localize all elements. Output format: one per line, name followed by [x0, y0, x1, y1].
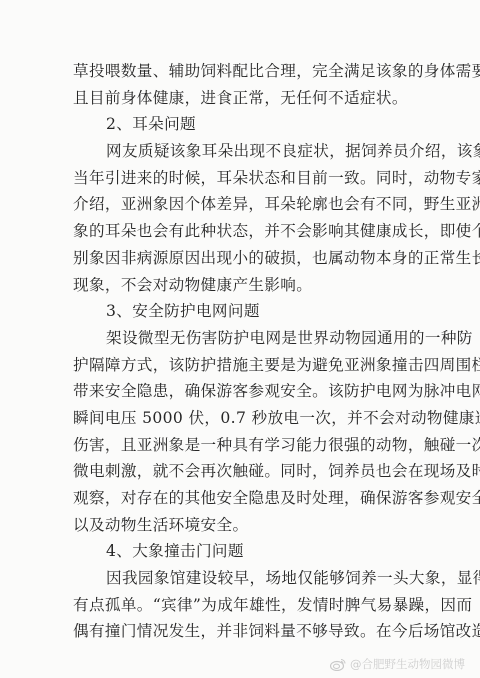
text-line: 现象，不会对动物健康产生影响。 — [73, 272, 411, 299]
text-line: 介绍，亚洲象因个体差异，耳朵轮廓也会有不同，野生亚洲 — [73, 191, 411, 218]
weibo-icon — [330, 658, 346, 671]
text-line: 带来安全隐患，确保游客参观安全。该防护电网为脉冲电网， — [73, 378, 411, 405]
text-line: 瞬间电压 5000 伏，0.7 秒放电一次，并不会对动物健康造成 — [73, 405, 411, 432]
text-line: 观察，对存在的其他安全隐患及时处理，确保游客参观安全 — [73, 485, 411, 512]
text-line: 草投喂数量、辅助饲料配比合理，完全满足该象的身体需要， — [73, 58, 411, 85]
section-heading-ears: 2、耳朵问题 — [73, 111, 411, 138]
text-line: 且目前身体健康，进食正常，无任何不适症状。 — [73, 85, 411, 112]
text-line: 护隔障方式，该防护措施主要是为避免亚洲象撞击四周围栏 — [73, 352, 411, 379]
text-line: 有点孤单。“宾律”为成年雄性，发情时脾气易暴躁，因而 — [73, 592, 411, 619]
weibo-watermark: @合肥野生动物园微博 — [330, 656, 465, 672]
section-heading-door-hitting: 4、大象撞击门问题 — [73, 538, 411, 565]
text-line: 象的耳朵也会有此种状态，并不会影响其健康成长，即使个 — [73, 218, 411, 245]
text-line: 因我园象馆建设较早，场地仅能够饲养一头大象，显得 — [73, 565, 411, 592]
text-line: 别象因非病源原因出现小的破损，也属动物本身的正常生长 — [73, 245, 411, 272]
text-line: 以及动物生活环境安全。 — [73, 512, 411, 539]
section-heading-electric-fence: 3、安全防护电网问题 — [73, 298, 411, 325]
text-line: 网友质疑该象耳朵出现不良症状，据饲养员介绍，该象 — [73, 138, 411, 165]
text-line: 伤害，且亚洲象是一种具有学习能力很强的动物，触碰一次 — [73, 432, 411, 459]
document-page: 草投喂数量、辅助饲料配比合理，完全满足该象的身体需要， 且目前身体健康，进食正常… — [73, 58, 411, 645]
text-line: 微电刺激，就不会再次触碰。同时，饲养员也会在现场及时 — [73, 458, 411, 485]
text-line: 架设微型无伤害防护电网是世界动物园通用的一种防 — [73, 325, 411, 352]
watermark-text: @合肥野生动物园微博 — [350, 656, 465, 672]
text-line: 当年引进来的时候，耳朵状态和目前一致。同时，动物专家 — [73, 165, 411, 192]
text-line: 偶有撞门情况发生，并非饲料量不够导致。在今后场馆改造 — [73, 618, 411, 645]
